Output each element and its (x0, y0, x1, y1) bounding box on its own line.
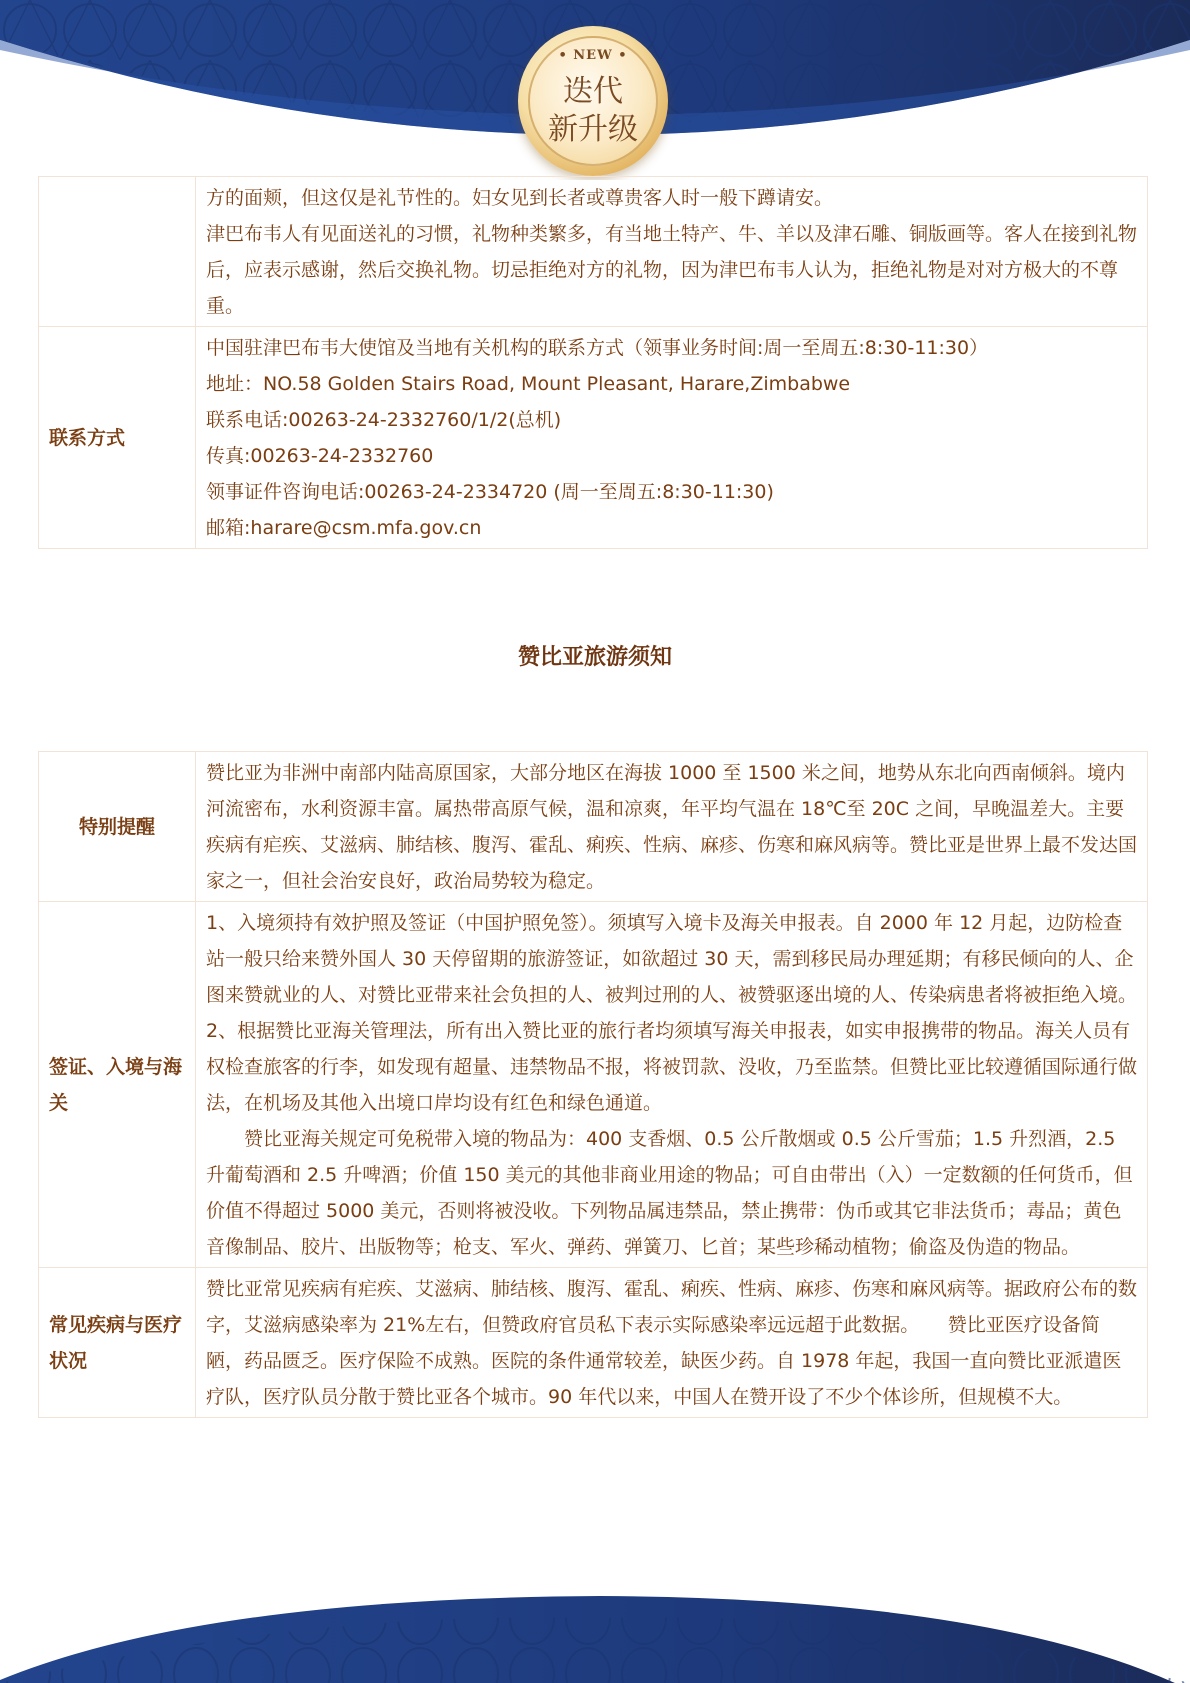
table-row: 常见疾病与医疗状况 赞比亚常见疾病有疟疾、艾滋病、肺结核、腹泻、霍乱、痢疾、性病… (39, 1268, 1148, 1418)
paragraph: 中国驻津巴布韦大使馆及当地有关机构的联系方式（领事业务时间:周一至周五:8:30… (206, 330, 1137, 366)
paragraph: 赞比亚为非洲中南部内陆高原国家，大部分地区在海拔 1000 至 1500 米之间… (206, 755, 1137, 899)
row-content: 赞比亚为非洲中南部内陆高原国家，大部分地区在海拔 1000 至 1500 米之间… (196, 752, 1148, 902)
paragraph: 2、根据赞比亚海关管理法，所有出入赞比亚的旅行者均须填写海关申报表，如实申报携带… (206, 1013, 1137, 1121)
table-row: 签证、入境与海关 1、入境须持有效护照及签证（中国护照免签）。须填写入境卡及海关… (39, 902, 1148, 1268)
consular-phone-line: 领事证件咨询电话:00263-24-2334720 (周一至周五:8:30-11… (206, 474, 1137, 510)
row-content: 赞比亚常见疾病有疟疾、艾滋病、肺结核、腹泻、霍乱、痢疾、性病、麻疹、伤寒和麻风病… (196, 1268, 1148, 1418)
address-line: 地址：NO.58 Golden Stairs Road, Mount Pleas… (206, 366, 1137, 402)
phone-line: 联系电话:00263-24-2332760/1/2(总机) (206, 402, 1137, 438)
badge-new-label: • NEW • (518, 48, 668, 63)
paragraph: 方的面颊，但这仅是礼节性的。妇女见到长者或尊贵客人时一般下蹲请安。 (206, 180, 1137, 216)
zambia-info-table: 特别提醒 赞比亚为非洲中南部内陆高原国家，大部分地区在海拔 1000 至 150… (38, 751, 1148, 1418)
row-label: 签证、入境与海关 (39, 902, 196, 1268)
footer-wave-decoration (0, 1590, 1190, 1683)
new-upgrade-badge: • NEW • 迭代 新升级 (518, 26, 668, 176)
row-label: 联系方式 (39, 327, 196, 549)
zimbabwe-info-table: 方的面颊，但这仅是礼节性的。妇女见到长者或尊贵客人时一般下蹲请安。 津巴布韦人有… (38, 176, 1148, 549)
section-title: 赞比亚旅游须知 (0, 640, 1190, 671)
email-line: 邮箱:harare@csm.mfa.gov.cn (206, 510, 1137, 546)
row-label (39, 177, 196, 327)
paragraph: 赞比亚海关规定可免税带入境的物品为：400 支香烟、0.5 公斤散烟或 0.5 … (206, 1121, 1137, 1265)
row-label: 常见疾病与医疗状况 (39, 1268, 196, 1418)
table-row: 方的面颊，但这仅是礼节性的。妇女见到长者或尊贵客人时一般下蹲请安。 津巴布韦人有… (39, 177, 1148, 327)
paragraph: 津巴布韦人有见面送礼的习惯，礼物种类繁多，有当地土特产、牛、羊以及津石雕、铜版画… (206, 216, 1137, 324)
table-row: 特别提醒 赞比亚为非洲中南部内陆高原国家，大部分地区在海拔 1000 至 150… (39, 752, 1148, 902)
row-label: 特别提醒 (39, 752, 196, 902)
header-banner: • NEW • 迭代 新升级 (0, 0, 1190, 180)
footer-banner (0, 1590, 1190, 1683)
row-content: 1、入境须持有效护照及签证（中国护照免签）。须填写入境卡及海关申报表。自 200… (196, 902, 1148, 1268)
row-content: 中国驻津巴布韦大使馆及当地有关机构的联系方式（领事业务时间:周一至周五:8:30… (196, 327, 1148, 549)
paragraph: 1、入境须持有效护照及签证（中国护照免签）。须填写入境卡及海关申报表。自 200… (206, 905, 1137, 1013)
table-row: 联系方式 中国驻津巴布韦大使馆及当地有关机构的联系方式（领事业务时间:周一至周五… (39, 327, 1148, 549)
row-content: 方的面颊，但这仅是礼节性的。妇女见到长者或尊贵客人时一般下蹲请安。 津巴布韦人有… (196, 177, 1148, 327)
paragraph: 赞比亚常见疾病有疟疾、艾滋病、肺结核、腹泻、霍乱、痢疾、性病、麻疹、伤寒和麻风病… (206, 1271, 1137, 1415)
fax-line: 传真:00263-24-2332760 (206, 438, 1137, 474)
badge-title-line2: 新升级 (518, 104, 668, 148)
